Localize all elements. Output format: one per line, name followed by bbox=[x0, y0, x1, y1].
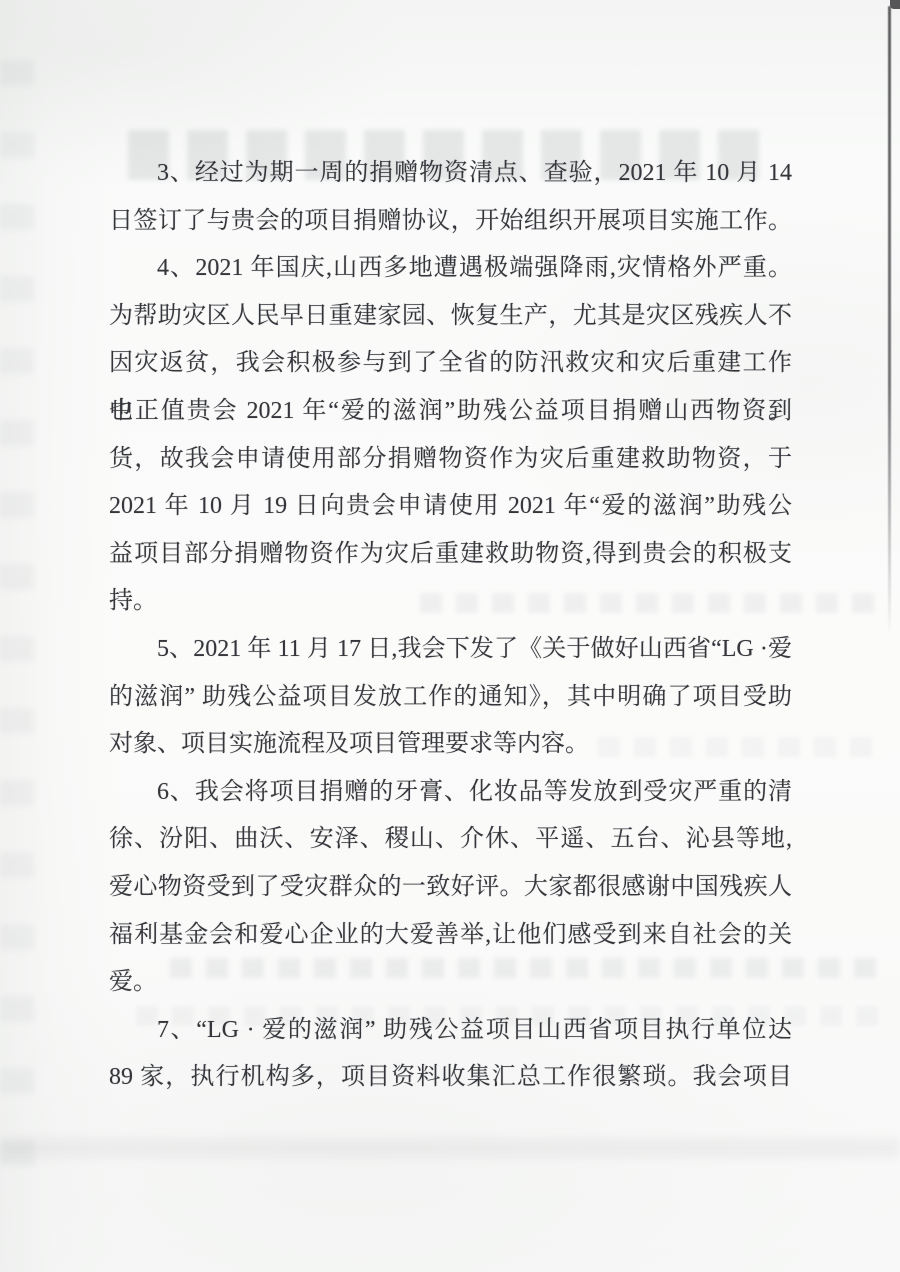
text-line: 徐、汾阳、曲沃、安泽、稷山、介休、平遥、五台、沁县等地, bbox=[109, 816, 792, 864]
text-line: 的滋润” 助残公益项目发放工作的通知》，其中明确了项目受助 bbox=[109, 674, 792, 722]
text-line: 爱心物资受到了受灾群众的一致好评。大家都很感谢中国残疾人 bbox=[109, 864, 792, 912]
scan-corner-mark bbox=[890, 0, 900, 9]
text-line: 益项目部分捐赠物资作为灾后重建救助物资,得到贵会的积极支 bbox=[109, 531, 792, 579]
text-line: 货，故我会申请使用部分捐赠物资作为灾后重建救助物资，于 bbox=[109, 436, 792, 484]
text-line: 6、我会将项目捐赠的牙膏、化妆品等发放到受灾严重的清 bbox=[109, 769, 792, 817]
text-line: 3、经过为期一周的捐赠物资清点、查验，2021 年 10 月 14 bbox=[109, 150, 792, 198]
text-line: 为帮助灾区人民早日重建家园、恢复生产，尤其是灾区残疾人不 bbox=[109, 293, 792, 341]
text-line: 5、2021 年 11 月 17 日,我会下发了《关于做好山西省“LG ·爱 bbox=[109, 626, 792, 674]
text-line: 7、“LG · 爱的滋润” 助残公益项目山西省项目执行单位达 bbox=[109, 1007, 792, 1055]
text-line: 4、2021 年国庆,山西多地遭遇极端强降雨,灾情格外严重。 bbox=[109, 245, 792, 293]
text-line: 89 家，执行机构多，项目资料收集汇总工作很繁琐。我会项目 bbox=[109, 1054, 792, 1102]
text-line: 对象、项目实施流程及项目管理要求等内容。 bbox=[109, 721, 792, 769]
document-body: 3、经过为期一周的捐赠物资清点、查验，2021 年 10 月 14日签订了与贵会… bbox=[109, 150, 792, 1102]
text-line: 2021 年 10 月 19 日向贵会申请使用 2021 年“爱的滋润”助残公 bbox=[109, 483, 792, 531]
scan-shading-band bbox=[0, 1138, 900, 1158]
text-line: 爱。 bbox=[109, 959, 792, 1007]
bleedthrough-margin-artifact bbox=[0, 60, 34, 1210]
text-line: 持。 bbox=[109, 578, 792, 626]
text-line: 也正值贵会 2021 年“爱的滋润”助残公益项目捐赠山西物资到 bbox=[109, 388, 792, 436]
scanned-document-page: 3、经过为期一周的捐赠物资清点、查验，2021 年 10 月 14日签订了与贵会… bbox=[0, 0, 900, 1272]
text-line: 因灾返贫，我会积极参与到了全省的防汛救灾和灾后重建工作中。 bbox=[109, 340, 792, 388]
text-line: 日签订了与贵会的项目捐赠协议，开始组织开展项目实施工作。 bbox=[109, 198, 792, 246]
scan-edge-line bbox=[888, 6, 891, 636]
text-line: 福利基金会和爱心企业的大爱善举,让他们感受到来自社会的关 bbox=[109, 912, 792, 960]
